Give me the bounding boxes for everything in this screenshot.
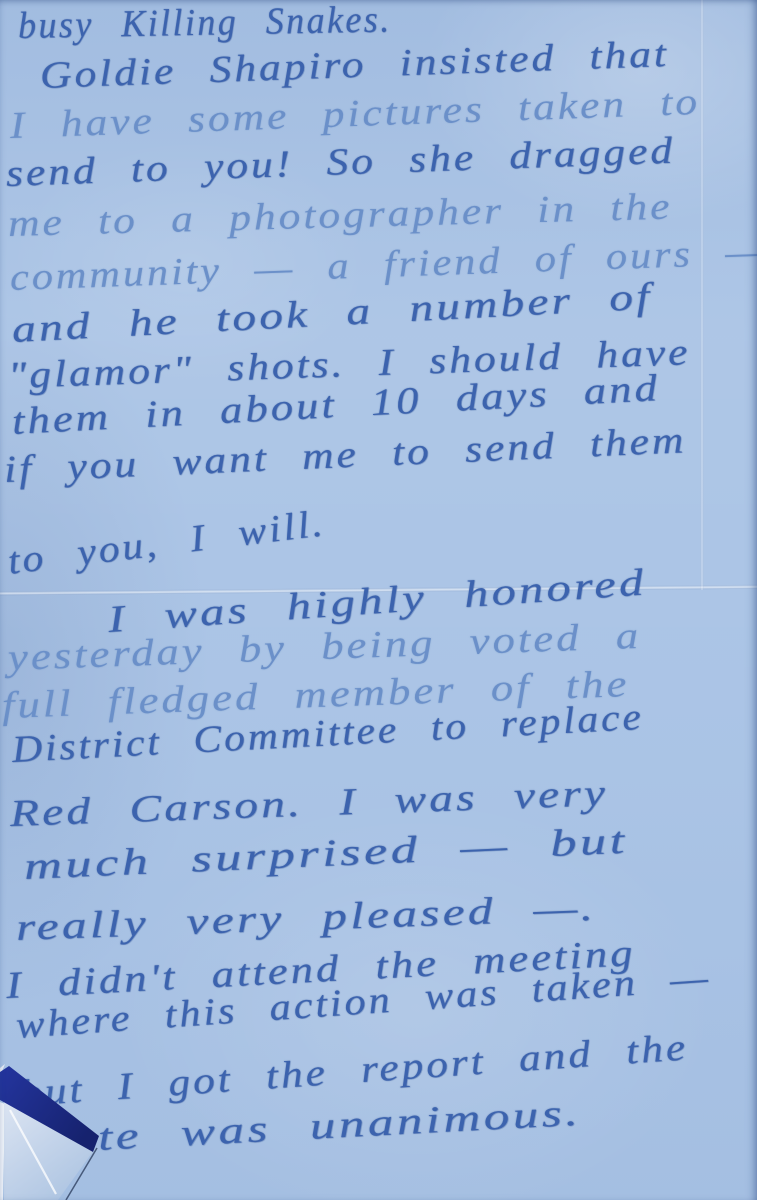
letter-line: busy Killing Snakes. xyxy=(18,0,392,48)
letter-page: busy Killing Snakes.Goldie Shapiro insis… xyxy=(0,0,757,1200)
handwritten-text: busy Killing Snakes.Goldie Shapiro insis… xyxy=(0,0,757,1200)
letter-line: to you, I will. xyxy=(5,501,327,584)
